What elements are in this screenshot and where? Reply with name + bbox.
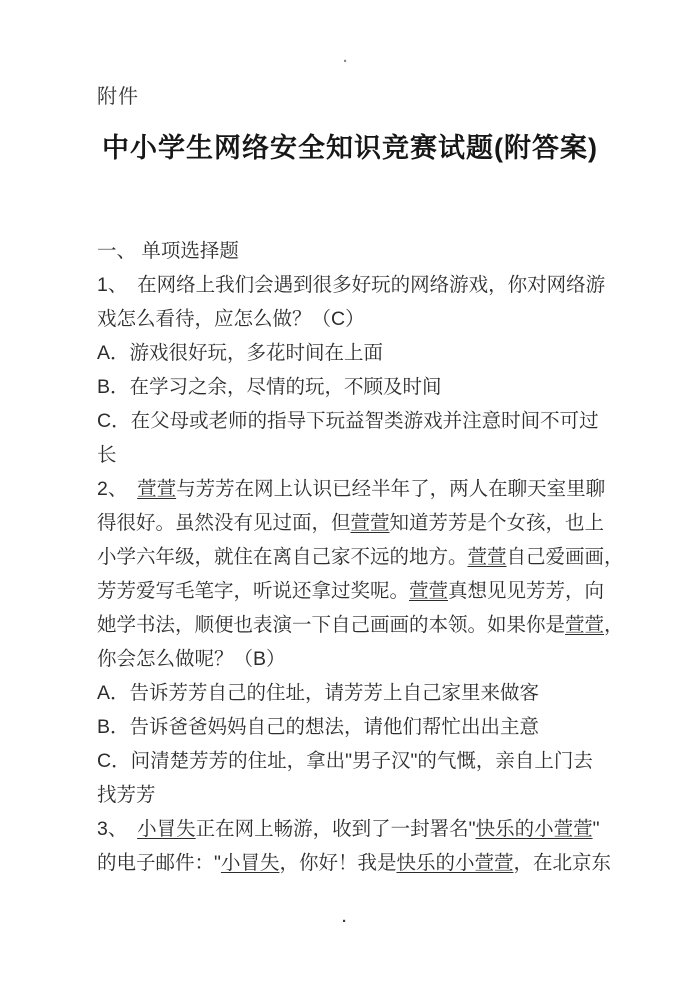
text-line: A．游戏很好玩，多花时间在上面 bbox=[97, 336, 637, 370]
text-line: 3、 小冒失正在网上畅游，收到了一封署名"快乐的小萱萱" bbox=[97, 812, 637, 846]
text-line: 2、 萱萱与芳芳在网上认识已经半年了，两人在聊天室里聊 bbox=[97, 472, 637, 506]
text-line: 芳芳爱写毛笔字，听说还拿过奖呢。萱萱真想见见芳芳，向 bbox=[97, 574, 637, 608]
text-line: 小学六年级，就住在离自己家不远的地方。萱萱自己爱画画， bbox=[97, 540, 637, 574]
text-line: 的电子邮件："小冒失，你好！我是快乐的小萱萱，在北京东 bbox=[97, 846, 637, 880]
text-line: 长 bbox=[97, 438, 637, 472]
text-line: C．在父母或老师的指导下玩益智类游戏并注意时间不可过 bbox=[97, 404, 637, 438]
text-segment: A．告诉芳芳自己的住址，请芳芳上自己家里来做客 bbox=[97, 682, 539, 704]
text-line: 得很好。虽然没有见过面，但萱萱知道芳芳是个女孩，也上 bbox=[97, 506, 637, 540]
text-segment: C．在父母或老师的指导下玩益智类游戏并注意时间不可过 bbox=[97, 410, 599, 432]
text-segment: 与芳芳在网上认识已经半年了，两人在聊天室里聊 bbox=[176, 478, 605, 500]
text-line: 她学书法，顺便也表演一下自己画画的本领。如果你是萱萱， bbox=[97, 608, 637, 642]
text-segment: ， bbox=[604, 614, 624, 636]
text-line: C．问清楚芳芳的住址，拿出"男子汉"的气慨，亲自上门去 bbox=[97, 744, 637, 778]
text-line: 1、 在网络上我们会遇到很多好玩的网络游戏，你对网络游 bbox=[97, 268, 637, 302]
text-segment: 真想见见芳芳，向 bbox=[448, 580, 604, 602]
text-line: B．告诉爸爸妈妈自己的想法，请他们帮忙出出主意 bbox=[97, 710, 637, 744]
proper-name-underline: 萱萱 bbox=[351, 512, 390, 534]
proper-name-underline: 萱萱 bbox=[409, 580, 448, 602]
text-segment: 找芳芳 bbox=[97, 784, 156, 806]
page-mark-bottom: . bbox=[342, 910, 346, 926]
text-segment: 芳芳爱写毛笔字，听说还拿过奖呢。 bbox=[97, 580, 409, 602]
text-segment: 知道芳芳是个女孩，也上 bbox=[390, 512, 605, 534]
page-mark-top: . bbox=[343, 50, 347, 66]
text-segment: 自己爱画画， bbox=[507, 546, 624, 568]
proper-name-underline: 快乐的小萱萱 bbox=[396, 852, 513, 874]
text-segment: ，在北京东 bbox=[513, 852, 611, 874]
text-line: 找芳芳 bbox=[97, 778, 637, 812]
proper-name-underline: 萱萱 bbox=[565, 614, 604, 636]
text-line: B．在学习之余，尽情的玩，不顾及时间 bbox=[97, 370, 637, 404]
text-segment: ，你好！我是 bbox=[279, 852, 396, 874]
text-segment: B．告诉爸爸妈妈自己的想法，请他们帮忙出出主意 bbox=[97, 716, 539, 738]
text-line: A．告诉芳芳自己的住址，请芳芳上自己家里来做客 bbox=[97, 676, 637, 710]
text-segment: A．游戏很好玩，多花时间在上面 bbox=[97, 342, 383, 364]
section-heading: 一、 单项选择题 bbox=[97, 234, 637, 268]
text-segment: B．在学习之余，尽情的玩，不顾及时间 bbox=[97, 376, 442, 398]
document-lines: 1、 在网络上我们会遇到很多好玩的网络游戏，你对网络游戏怎么看待，应怎么做？（C… bbox=[97, 268, 637, 880]
text-segment: 你会怎么做呢？（B） bbox=[97, 648, 286, 670]
proper-name-underline: 小冒失 bbox=[137, 818, 196, 840]
text-segment: 的电子邮件：" bbox=[97, 852, 221, 874]
text-segment: 她学书法，顺便也表演一下自己画画的本领。如果你是 bbox=[97, 614, 565, 636]
proper-name-underline: 快乐的小萱萱 bbox=[476, 818, 593, 840]
text-segment: 1、 在网络上我们会遇到很多好玩的网络游戏，你对网络游 bbox=[97, 274, 605, 296]
text-segment: 得很好。虽然没有见过面，但 bbox=[97, 512, 351, 534]
attachment-label: 附件 bbox=[97, 84, 139, 110]
text-segment: 3、 bbox=[97, 818, 137, 840]
proper-name-underline: 萱萱 bbox=[137, 478, 176, 500]
document-page: . 附件 中小学生网络安全知识竞赛试题(附答案) 一、 单项选择题 1、 在网络… bbox=[0, 0, 700, 990]
text-segment: 长 bbox=[97, 444, 117, 466]
text-segment: 正在网上畅游，收到了一封署名" bbox=[196, 818, 476, 840]
text-segment: 戏怎么看待，应怎么做？（C） bbox=[97, 308, 365, 330]
text-segment: C．问清楚芳芳的住址，拿出"男子汉"的气慨，亲自上门去 bbox=[97, 750, 593, 772]
document-body: 一、 单项选择题 1、 在网络上我们会遇到很多好玩的网络游戏，你对网络游戏怎么看… bbox=[97, 234, 637, 880]
text-line: 你会怎么做呢？（B） bbox=[97, 642, 637, 676]
document-title: 中小学生网络安全知识竞赛试题(附答案) bbox=[0, 130, 700, 166]
text-segment: 2、 bbox=[97, 478, 137, 500]
text-line: 戏怎么看待，应怎么做？（C） bbox=[97, 302, 637, 336]
text-segment: " bbox=[593, 818, 600, 840]
text-segment: 小学六年级，就住在离自己家不远的地方。 bbox=[97, 546, 468, 568]
proper-name-underline: 萱萱 bbox=[468, 546, 507, 568]
proper-name-underline: 小冒失 bbox=[221, 852, 280, 874]
